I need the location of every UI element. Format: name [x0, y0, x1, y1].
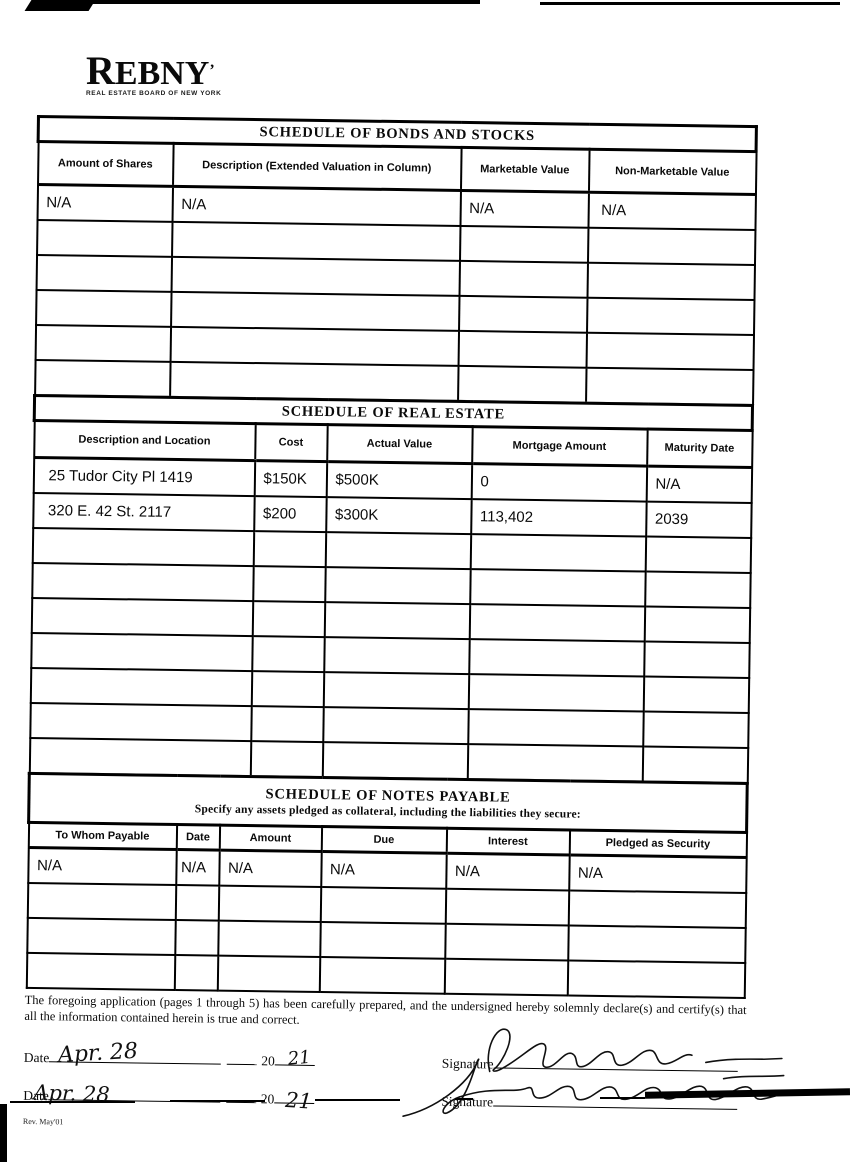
scan-artifact-top-strip — [60, 0, 480, 4]
notes-table-title: SCHEDULE OF NOTES PAYABLE — [265, 786, 510, 805]
date-field-2: Date20 Apr. 28 21 — [23, 1084, 314, 1108]
year-prefix: 20 — [261, 1053, 275, 1068]
table-cell: $150K — [254, 461, 326, 498]
date-field-1: Date20 Apr. 28 21 — [24, 1046, 315, 1070]
scan-artifact-bottom-dash-5 — [600, 1097, 645, 1099]
scan-artifact-bottom-dash-1 — [10, 1101, 135, 1103]
signature-label: Signature — [441, 1093, 493, 1109]
column-header: Non-Marketable Value — [588, 149, 756, 194]
rebny-logo-tagline: REAL ESTATE BOARD OF NEW YORK — [86, 90, 221, 97]
table-cell: N/A — [176, 850, 219, 886]
column-header: Description (Extended Valuation in Colum… — [173, 143, 462, 190]
table-cell: N/A — [646, 466, 752, 503]
table-cell: N/A — [172, 186, 460, 226]
signature-field-1: Signature — [442, 1052, 738, 1076]
scan-artifact-left-edge-bar — [0, 1104, 7, 1162]
signature-label: Signature — [442, 1055, 494, 1071]
notes-table-subtitle: Specify any assets pledged as collateral… — [30, 801, 745, 823]
handwritten-date: Apr. 28 — [57, 1038, 138, 1067]
table-cell: N/A — [219, 850, 321, 887]
real-estate-table: SCHEDULE OF REAL ESTATE Description and … — [28, 394, 754, 784]
column-header: Marketable Value — [460, 147, 589, 192]
table-cell: 0 — [471, 464, 646, 502]
table-cell: N/A — [37, 185, 172, 222]
table-cell: N/A — [446, 853, 569, 890]
table-cell: $300K — [326, 497, 471, 534]
rebny-logo-wordmark: RREBNYEBNY’ — [86, 56, 221, 89]
date-underline-gap — [227, 1049, 257, 1064]
table-cell: N/A — [28, 847, 176, 885]
revision-note: Rev. May'01 — [23, 1116, 741, 1135]
table-cell: $500K — [326, 462, 471, 500]
column-header: Actual Value — [327, 425, 473, 464]
column-header: Date — [176, 825, 219, 851]
date-label: Date — [24, 1049, 50, 1064]
table-cell: N/A — [569, 855, 747, 893]
handwritten-year: 21 — [285, 1087, 313, 1113]
scan-artifact-bottom-dash-2 — [170, 1100, 265, 1102]
column-header: Mortgage Amount — [472, 427, 647, 466]
table-cell: N/A — [588, 192, 756, 230]
declaration-text: The foregoing application (pages 1 throu… — [24, 993, 746, 1034]
scan-artifact-bottom-dash-4 — [455, 1098, 473, 1100]
signature-underline — [493, 1053, 737, 1071]
column-header: Description and Location — [34, 420, 255, 460]
table-cell: 113,402 — [471, 499, 646, 536]
scan-artifact-top-strip-2 — [540, 2, 840, 5]
column-header: Maturity Date — [647, 429, 753, 467]
table-cell: N/A — [460, 190, 588, 227]
column-header: Amount of Shares — [38, 142, 174, 187]
table-cell: 320 E. 42 St. 2117 — [33, 493, 254, 531]
rebny-logo: RREBNYEBNY’ REAL ESTATE BOARD OF NEW YOR… — [86, 56, 221, 97]
column-header: Cost — [255, 424, 328, 462]
handwritten-year: 21 — [287, 1046, 312, 1069]
table-cell: N/A — [321, 852, 446, 889]
year-prefix: 20 — [261, 1091, 275, 1106]
table-cell: 2039 — [646, 502, 752, 538]
notes-payable-table: SCHEDULE OF NOTES PAYABLE Specify any as… — [25, 772, 749, 999]
scanned-form: SCHEDULE OF BONDS AND STOCKS Amount of S… — [23, 115, 755, 1135]
table-cell: 25 Tudor City Pl 1419 — [33, 457, 254, 496]
column-header: Interest — [446, 828, 569, 855]
column-header: To Whom Payable — [28, 822, 176, 849]
table-cell: $200 — [254, 496, 326, 532]
column-header: Pledged as Security — [569, 830, 746, 857]
scan-artifact-bottom-dash-3 — [315, 1099, 400, 1101]
column-header: Due — [321, 827, 446, 854]
bonds-and-stocks-table: SCHEDULE OF BONDS AND STOCKS Amount of S… — [33, 115, 758, 406]
column-header: Amount — [219, 825, 321, 851]
